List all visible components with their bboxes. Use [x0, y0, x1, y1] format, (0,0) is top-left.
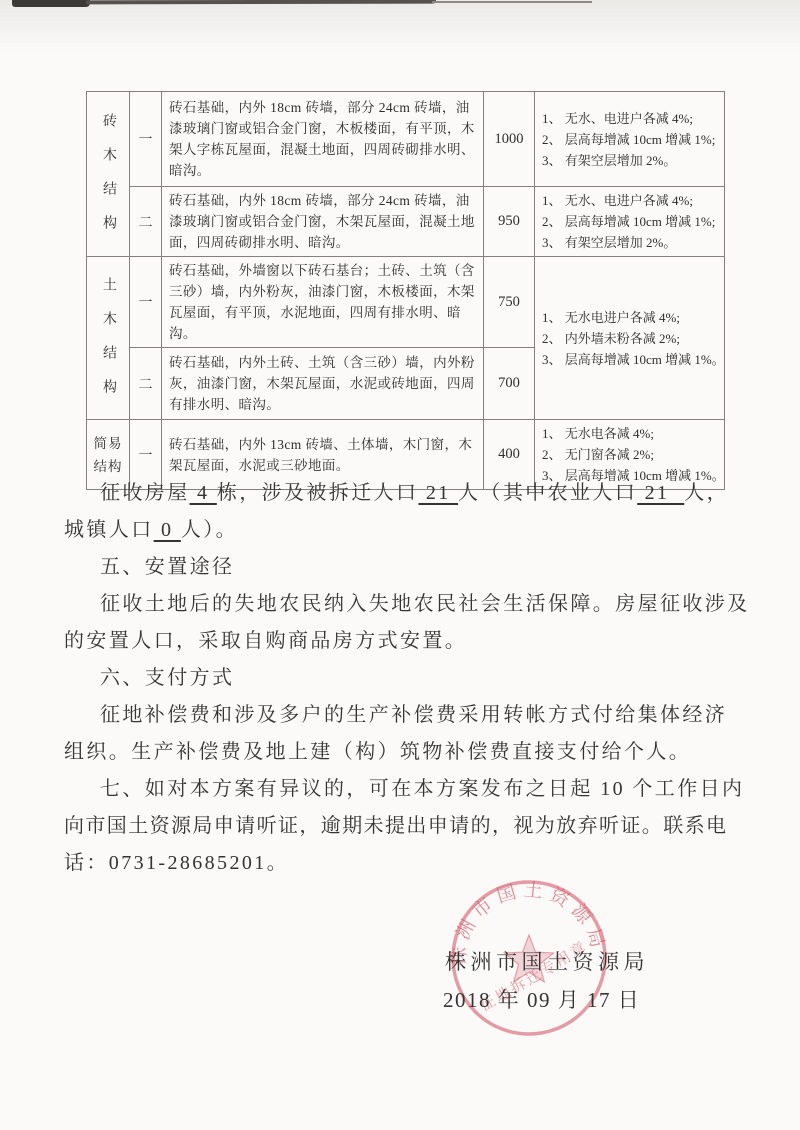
paragraph-line: 征收土地后的失地农民纳入失地农民社会生活保障。房屋征收涉及 — [64, 587, 800, 616]
section-heading-5: 五、安置途径 — [64, 550, 800, 579]
table-row: 土木结构 一 砖石基础，外墙窗以下砖石基台；土砖、土筑（含三砂）墙，内外粉灰，油… — [87, 257, 725, 348]
price-cell: 750 — [484, 257, 535, 348]
paragraph-line: 话：0731-28685201。 — [64, 846, 764, 875]
table-row: 砖木结构 一 砖石基础，内外 18cm 砖墙，部分 24cm 砖墙，油漆玻璃门窗… — [87, 92, 725, 187]
adjustment-line: 2、 内外墙未粉各减 2%; — [542, 328, 722, 349]
adjustments-cell: 1、 无水、电进户各减 4%; 2、 层高每增减 10cm 增减 1%; 3、 … — [535, 92, 725, 187]
price-cell: 950 — [484, 187, 535, 257]
grade-cell: 二 — [130, 187, 162, 257]
scan-artifact-line-thin — [432, 1, 592, 3]
structure-name-label: 土木结构 — [98, 259, 118, 413]
adjustment-line: 1、 无水电各减 4%; — [542, 423, 722, 444]
text-run: 人（其中农业人口 — [458, 482, 637, 504]
structure-name-label: 砖木结构 — [98, 95, 118, 249]
adjustments-cell: 1、 无水、电进户各减 4%; 2、 层高每增减 10cm 增减 1%; 3、 … — [535, 187, 725, 257]
text-run: 城镇人口 — [64, 519, 154, 541]
description-cell: 砖石基础，内外土砖、土筑（含三砂）墙，内外粉灰，油漆门窗，木架瓦屋面，水泥或砖地… — [162, 348, 484, 420]
structure-name-label: 简易结构 — [94, 436, 123, 474]
adjustment-line: 2、 层高每增减 10cm 增减 1%; — [542, 129, 722, 150]
underlined-value-houses: 4 — [190, 482, 217, 504]
description-cell: 砖石基础，内外 18cm 砖墙，部分 24cm 砖墙，油漆玻璃门窗或铝合金门窗，… — [162, 92, 484, 187]
price-cell: 1000 — [484, 92, 535, 187]
text-run: 栋，涉及被拆迁人口 — [217, 482, 419, 504]
adjustment-line: 2、 无门窗各减 2%; — [542, 444, 722, 465]
scanned-document-page: { "table": { "groups": [ { "name": "砖木结构… — [0, 0, 800, 1130]
grade-cell: 一 — [130, 92, 162, 187]
paragraph-line: 七、如对本方案有异议的，可在本方案发布之日起 10 个工作日内 — [64, 772, 800, 801]
adjustment-line: 3、 有架空层增加 2%。 — [542, 232, 722, 253]
underlined-value-urban: 0 — [154, 519, 181, 541]
paragraph-line: 征地补偿费和涉及多户的生产补偿费采用转帐方式付给集体经济 — [64, 698, 800, 727]
table-row: 二 砖石基础，内外 18cm 砖墙，部分 24cm 砖墙，油漆玻璃门窗或铝合金门… — [87, 187, 725, 257]
text-run: 征收房屋 — [100, 482, 190, 504]
paragraph-line: 城镇人口 0 人）。 — [64, 513, 764, 542]
grade-cell: 二 — [130, 348, 162, 420]
adjustment-line: 2、 层高每增减 10cm 增减 1%; — [542, 211, 722, 232]
adjustment-line: 3、 层高每增减 10cm 增减 1%。 — [542, 349, 722, 370]
signature-org: 株洲市国土资源局 — [445, 946, 649, 976]
paragraph-line: 征收房屋 4 栋，涉及被拆迁人口 21 人（其中农业人口 21 人， — [64, 476, 800, 505]
text-run: 人， — [684, 482, 729, 504]
adjustment-line: 1、 无水、电进户各减 4%; — [542, 190, 722, 211]
underlined-value-population: 21 — [418, 482, 458, 504]
paragraph-line: 的安置人口，采取自购商品房方式安置。 — [64, 624, 764, 653]
scan-artifact-line — [86, 0, 436, 4]
paragraph-line: 组织。生产补偿费及地上建（构）筑物补偿费直接支付给个人。 — [64, 735, 764, 764]
text-run: 人）。 — [181, 519, 238, 541]
scan-artifact-smudge — [12, 0, 90, 7]
section-heading-6: 六、支付方式 — [64, 661, 800, 690]
paragraph-line: 向市国土资源局申请听证，逾期未提出申请的，视为放弃听证。联系电 — [64, 809, 764, 838]
price-cell: 700 — [484, 348, 535, 420]
adjustment-line: 3、 有架空层增加 2%。 — [542, 150, 722, 171]
description-cell: 砖石基础，内外 18cm 砖墙，部分 24cm 砖墙，油漆玻璃门窗或铝合金门窗，… — [162, 187, 484, 257]
description-cell: 砖石基础，外墙窗以下砖石基台；土砖、土筑（含三砂）墙，内外粉灰，油漆门窗，木板楼… — [162, 257, 484, 348]
underlined-value-agricultural: 21 — [637, 482, 684, 504]
signature-date: 2018 年 09 月 17 日 — [443, 984, 640, 1014]
structure-name-cell: 土木结构 — [87, 257, 130, 420]
structure-name-cell: 砖木结构 — [87, 92, 130, 257]
scan-top-shade — [0, 0, 800, 52]
grade-cell: 一 — [130, 257, 162, 348]
adjustment-line: 1、 无水、电进户各减 4%; — [542, 108, 722, 129]
compensation-table: 砖木结构 一 砖石基础，内外 18cm 砖墙，部分 24cm 砖墙，油漆玻璃门窗… — [86, 91, 725, 490]
adjustments-cell-shared: 1、 无水电进户各减 4%; 2、 内外墙未粉各减 2%; 3、 层高每增减 1… — [535, 257, 725, 420]
adjustment-line: 1、 无水电进户各减 4%; — [542, 307, 722, 328]
